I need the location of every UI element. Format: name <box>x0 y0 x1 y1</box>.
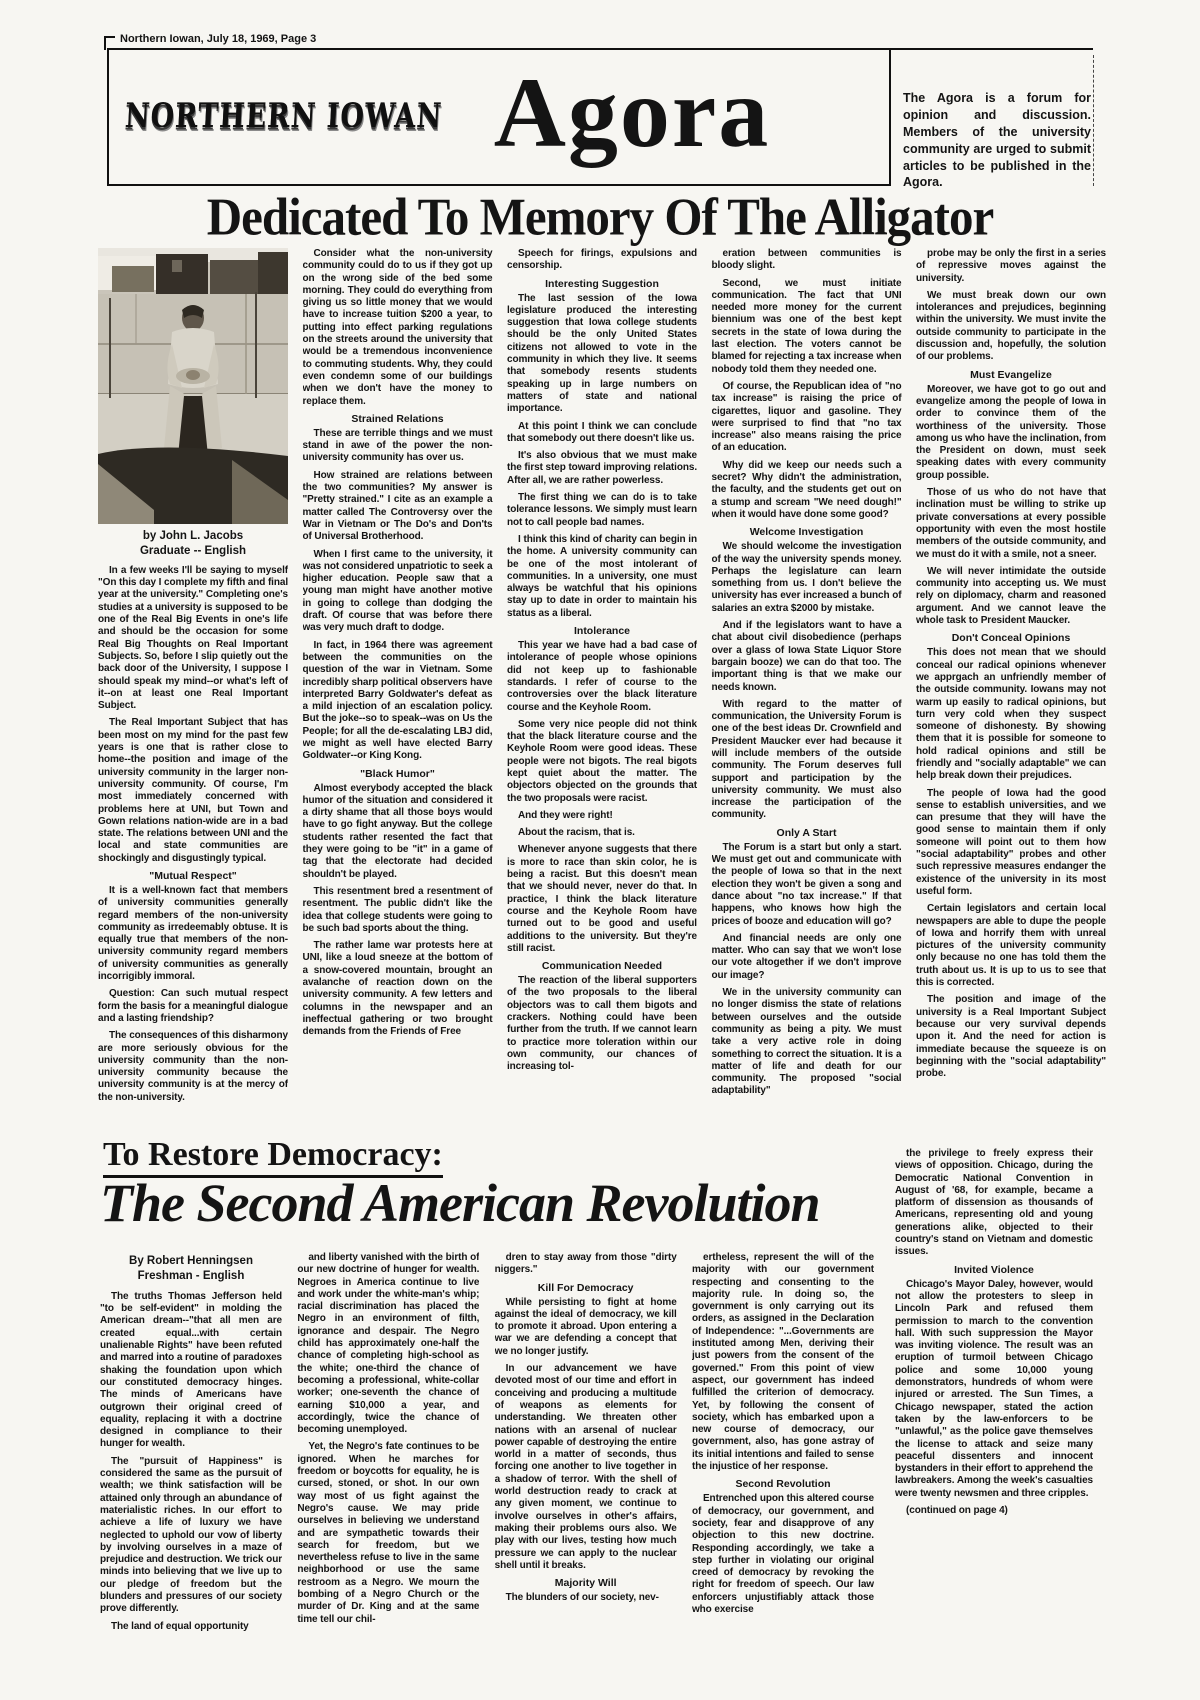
paragraph: The people of Iowa had the good sense to… <box>916 788 1106 899</box>
section-heading: "Mutual Respect" <box>98 870 288 882</box>
article1-col1-text: In a few weeks I'll be saying to myself … <box>98 565 288 1104</box>
section-heading: Second Revolution <box>692 1478 874 1490</box>
paragraph: And financial needs are only one matter.… <box>712 933 902 982</box>
paragraph: Second, we must initiate communication. … <box>712 278 902 376</box>
paragraph: Some very nice people did not think that… <box>507 719 697 805</box>
section-heading: Kill For Democracy <box>495 1282 677 1294</box>
paragraph: The consequences of this disharmony are … <box>98 1030 288 1104</box>
paragraph: eration between communities is bloody sl… <box>712 248 902 273</box>
paragraph: and liberty vanished with the birth of o… <box>297 1252 479 1436</box>
paragraph: And they were right! <box>507 810 697 822</box>
paragraph: Certain legislators and certain local ne… <box>916 903 1106 989</box>
section-heading: Intolerance <box>507 625 697 637</box>
paragraph: How strained are relations between the t… <box>303 470 493 544</box>
edition-text: Northern Iowan, July 18, 1969, Page 3 <box>120 33 316 45</box>
paragraph: The first thing we can do is to take tol… <box>507 492 697 529</box>
article2-column-3: dren to stay away from those "dirty nigg… <box>495 1252 677 1700</box>
paragraph: The truths Thomas Jefferson held "to be … <box>100 1291 282 1451</box>
paragraph: Speech for firings, expulsions and censo… <box>507 248 697 273</box>
paragraph: In our advancement we have devoted most … <box>495 1363 677 1572</box>
paragraph: We in the university community can no lo… <box>712 987 902 1098</box>
article1-column-2: Consider what the non-university communi… <box>303 248 493 1122</box>
paragraph: Chicago's Mayor Daley, however, would no… <box>895 1279 1093 1500</box>
article2-column-2: and liberty vanished with the birth of o… <box>297 1252 479 1700</box>
masthead-box: NORTHERN IOWAN Agora <box>107 48 891 186</box>
article2-column-4: ertheless, represent the will of the maj… <box>692 1252 874 1700</box>
paragraph: The "pursuit of Happiness" is considered… <box>100 1456 282 1616</box>
paragraph: Entrenched upon this altered course of d… <box>692 1493 874 1616</box>
paragraph: The last session of the Iowa legislature… <box>507 293 697 416</box>
paragraph: dren to stay away from those "dirty nigg… <box>495 1252 677 1277</box>
section-heading: Strained Relations <box>303 413 493 425</box>
article2-columns: By Robert Henningsen Freshman - English … <box>100 1252 874 1700</box>
paragraph: Question: Can such mutual respect form t… <box>98 988 288 1025</box>
section-heading: Must Evangelize <box>916 369 1106 381</box>
paragraph: The land of equal opportunity <box>100 1621 282 1633</box>
section-heading: Majority Will <box>495 1577 677 1589</box>
paragraph: The rather lame war protests here at UNI… <box>303 940 493 1038</box>
agora-note: The Agora is a forum for opinion and dis… <box>903 90 1091 191</box>
article1-column-5: probe may be only the first in a series … <box>916 248 1106 1122</box>
article2-headline: The Second American Revolution <box>100 1172 900 1234</box>
article2-column-1: By Robert Henningsen Freshman - English … <box>100 1252 282 1700</box>
paragraph: Of course, the Republican idea of "no ta… <box>712 381 902 455</box>
paragraph: And if the legislators want to have a ch… <box>712 620 902 694</box>
section-heading: Don't Conceal Opinions <box>916 632 1106 644</box>
newspaper-page: Northern Iowan, July 18, 1969, Page 3 NO… <box>0 0 1200 1700</box>
paragraph: The reaction of the liberal supporters o… <box>507 975 697 1073</box>
paragraph: This year we have had a bad case of into… <box>507 640 697 714</box>
paragraph: It's also obvious that we must make the … <box>507 450 697 487</box>
article2-byline: By Robert Henningsen Freshman - English <box>100 1254 282 1284</box>
paragraph: Whenever anyone suggests that there is m… <box>507 844 697 955</box>
paragraph: With regard to the matter of communicati… <box>712 699 902 822</box>
article1-column-4: eration between communities is bloody sl… <box>712 248 902 1122</box>
paragraph: (continued on page 4) <box>895 1505 1093 1517</box>
byline-author: By Robert Henningsen <box>100 1254 282 1269</box>
paragraph: Moreover, we have got to go out and evan… <box>916 384 1106 482</box>
northern-iowan-logo: NORTHERN IOWAN <box>124 97 376 136</box>
paragraph: I think this kind of charity can begin i… <box>507 534 697 620</box>
paragraph: We must break down our own intolerances … <box>916 290 1106 364</box>
paragraph: Almost everybody accepted the black humo… <box>303 783 493 881</box>
paragraph: ertheless, represent the will of the maj… <box>692 1252 874 1473</box>
article-photo <box>98 248 288 524</box>
paragraph: These are terrible things and we must st… <box>303 428 493 465</box>
paragraph: The Forum is a start but only a start. W… <box>712 842 902 928</box>
section-heading: "Black Humor" <box>303 768 493 780</box>
article1-columns: by John L. Jacobs Graduate -- English In… <box>98 248 1106 1122</box>
paragraph: About the racism, that is. <box>507 827 697 839</box>
dashed-rule <box>1093 55 1094 186</box>
article1-byline: by John L. Jacobs Graduate -- English <box>98 529 288 559</box>
paragraph: The blunders of our society, nev- <box>495 1592 677 1604</box>
article1-column-1: by John L. Jacobs Graduate -- English In… <box>98 248 288 1122</box>
section-heading: Invited Violence <box>895 1264 1093 1276</box>
section-heading: Interesting Suggestion <box>507 278 697 290</box>
paragraph: The Real Important Subject that has been… <box>98 717 288 865</box>
byline-author: by John L. Jacobs <box>98 529 288 544</box>
section-heading: Only A Start <box>712 827 902 839</box>
article2-column-5: the privilege to freely express their vi… <box>895 1148 1093 1700</box>
paragraph: When I first came to the university, it … <box>303 549 493 635</box>
paragraph: In fact, in 1964 there was agreement bet… <box>303 640 493 763</box>
paragraph: The position and image of the university… <box>916 994 1106 1080</box>
paragraph: This resentment bred a resentment of res… <box>303 886 493 935</box>
paragraph: Yet, the Negro's fate continues to be ig… <box>297 1441 479 1625</box>
article1-headline: Dedicated To Memory Of The Alligator <box>0 186 1200 248</box>
paragraph: It is a well-known fact that members of … <box>98 885 288 983</box>
section-heading: Welcome Investigation <box>712 526 902 538</box>
byline-title: Graduate -- English <box>98 544 288 559</box>
byline-title: Freshman - English <box>100 1269 282 1284</box>
section-heading: Communication Needed <box>507 960 697 972</box>
paragraph: At this point I think we can conclude th… <box>507 421 697 446</box>
paragraph: probe may be only the first in a series … <box>916 248 1106 285</box>
paragraph: Consider what the non-university communi… <box>303 248 493 408</box>
agora-section-title: Agora <box>375 63 889 163</box>
paragraph: We will never intimidate the outside com… <box>916 566 1106 627</box>
paragraph: While persisting to fight at home agains… <box>495 1297 677 1358</box>
paragraph: In a few weeks I'll be saying to myself … <box>98 565 288 713</box>
paragraph: This does not mean that we should concea… <box>916 647 1106 782</box>
article1-column-3: Speech for firings, expulsions and censo… <box>507 248 697 1122</box>
paragraph: the privilege to freely express their vi… <box>895 1148 1093 1259</box>
paragraph: Those of us who do not have that inclina… <box>916 487 1106 561</box>
article2-col1-text: The truths Thomas Jefferson held "to be … <box>100 1291 282 1633</box>
paragraph: Why did we keep our needs such a secret?… <box>712 460 902 521</box>
paragraph: We should welcome the investigation of t… <box>712 541 902 615</box>
